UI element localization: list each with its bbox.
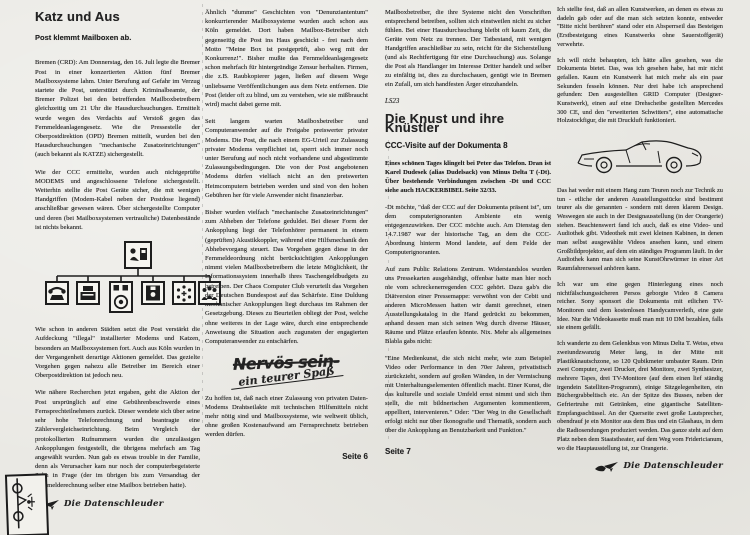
article2-headline: Die Knust und ihre Knüstler [385, 114, 551, 132]
acoustic-coupler-icon [173, 282, 195, 304]
paragraph: Bisher wurden vielfach "mechanische Zusa… [205, 208, 368, 346]
paragraph: Ich war um eine gegen Hinterlegung eines… [557, 281, 723, 333]
paragraph: Das hat weder mit einem Hang zum Teuren … [557, 187, 723, 274]
paragraph: Wie der CCC ermittelte, wurden auch nich… [35, 168, 200, 232]
convertible-car-drawing [557, 133, 723, 181]
scanned-newsletter-spread: { "left_page": { "article": { "headline"… [0, 0, 750, 535]
logo-text: Die Datenschleuder [64, 500, 164, 509]
paragraph: Zu hoffen ist, daß nach einer Zulassung … [205, 394, 368, 440]
article2-subhead: CCC-Visite auf der Dokumenta 8 [385, 141, 551, 150]
printer-icon [77, 282, 99, 304]
paragraph: Wie nähere Recherchen jetzt ergaben, geh… [35, 388, 200, 489]
paragraph: -Dt möchte, "daß der CCC auf der Dokumen… [385, 203, 551, 257]
column-fold-line [202, 4, 203, 424]
margin-doodle-stamp [5, 473, 49, 535]
paragraph: Bremen (CRD): Am Donnerstag, den 16. Jul… [35, 58, 200, 159]
article1-headline: Katz und Aus [35, 12, 200, 21]
page-number-right: Seite 7 [385, 447, 551, 456]
paragraph: Mailboxbetreiber, die ihre Systeme nicht… [385, 8, 551, 89]
paragraph: "Eine Medienkunst, die sich nicht mehr, … [385, 354, 551, 435]
lead-paragraph: Eines schönen Tages klingelt bei Peter d… [385, 159, 551, 195]
article1-subhead: Post klemmt Mailboxen ab. [35, 33, 200, 42]
operator-terminal-icon [125, 242, 151, 268]
paragraph: Ähnlich "dumme" Geschichten von "Denunzi… [205, 8, 368, 109]
doodle-figure-icon [7, 475, 43, 530]
paragraph: Ich stellte fest, daß an allen Kunstwerk… [557, 6, 723, 50]
nervoes-sein-graphic: Nervös sein- ein teurer Spaß [205, 355, 369, 386]
device-network-diagram [29, 240, 200, 319]
logo-text: Die Datenschleuder [623, 462, 723, 471]
left-page-column-1: Katz und Aus Post klemmt Mailboxen ab. B… [35, 8, 200, 511]
datenschleuder-logo: Die Datenschleuder [35, 498, 200, 511]
telephone-icon [46, 282, 68, 304]
datenschleuder-logo: Die Datenschleuder [557, 460, 723, 473]
page-number-left: Seite 6 [205, 452, 368, 461]
paragraph: Auf zum Public Relations Zentrum. Widers… [385, 265, 551, 346]
paragraph: Ich wanderte zu dem Gelenkbus von Minus … [557, 340, 723, 453]
tape-drive-icon [110, 282, 132, 312]
mercedes-convertible-icon [574, 133, 706, 177]
paragraph: Seit langem warten Mailboxbetreiber und … [205, 117, 368, 200]
left-page-column-2: Ähnlich "dumme" Geschichten von "Denunzi… [205, 8, 368, 461]
author-byline: LS23 [385, 97, 551, 106]
right-page-column-1: Mailboxbetreiber, die ihre Systeme nicht… [385, 8, 551, 456]
paragraph: Wie schon in anderen Städten setzt die P… [35, 325, 200, 380]
paragraph: Ich will nicht behaupten, ich hätte alle… [557, 57, 723, 127]
right-page-column-2: Ich stellte fest, daß an allen Kunstwerk… [557, 6, 723, 473]
hand-paper-plane-icon [594, 460, 620, 473]
floppy-disk-icon [142, 282, 164, 304]
